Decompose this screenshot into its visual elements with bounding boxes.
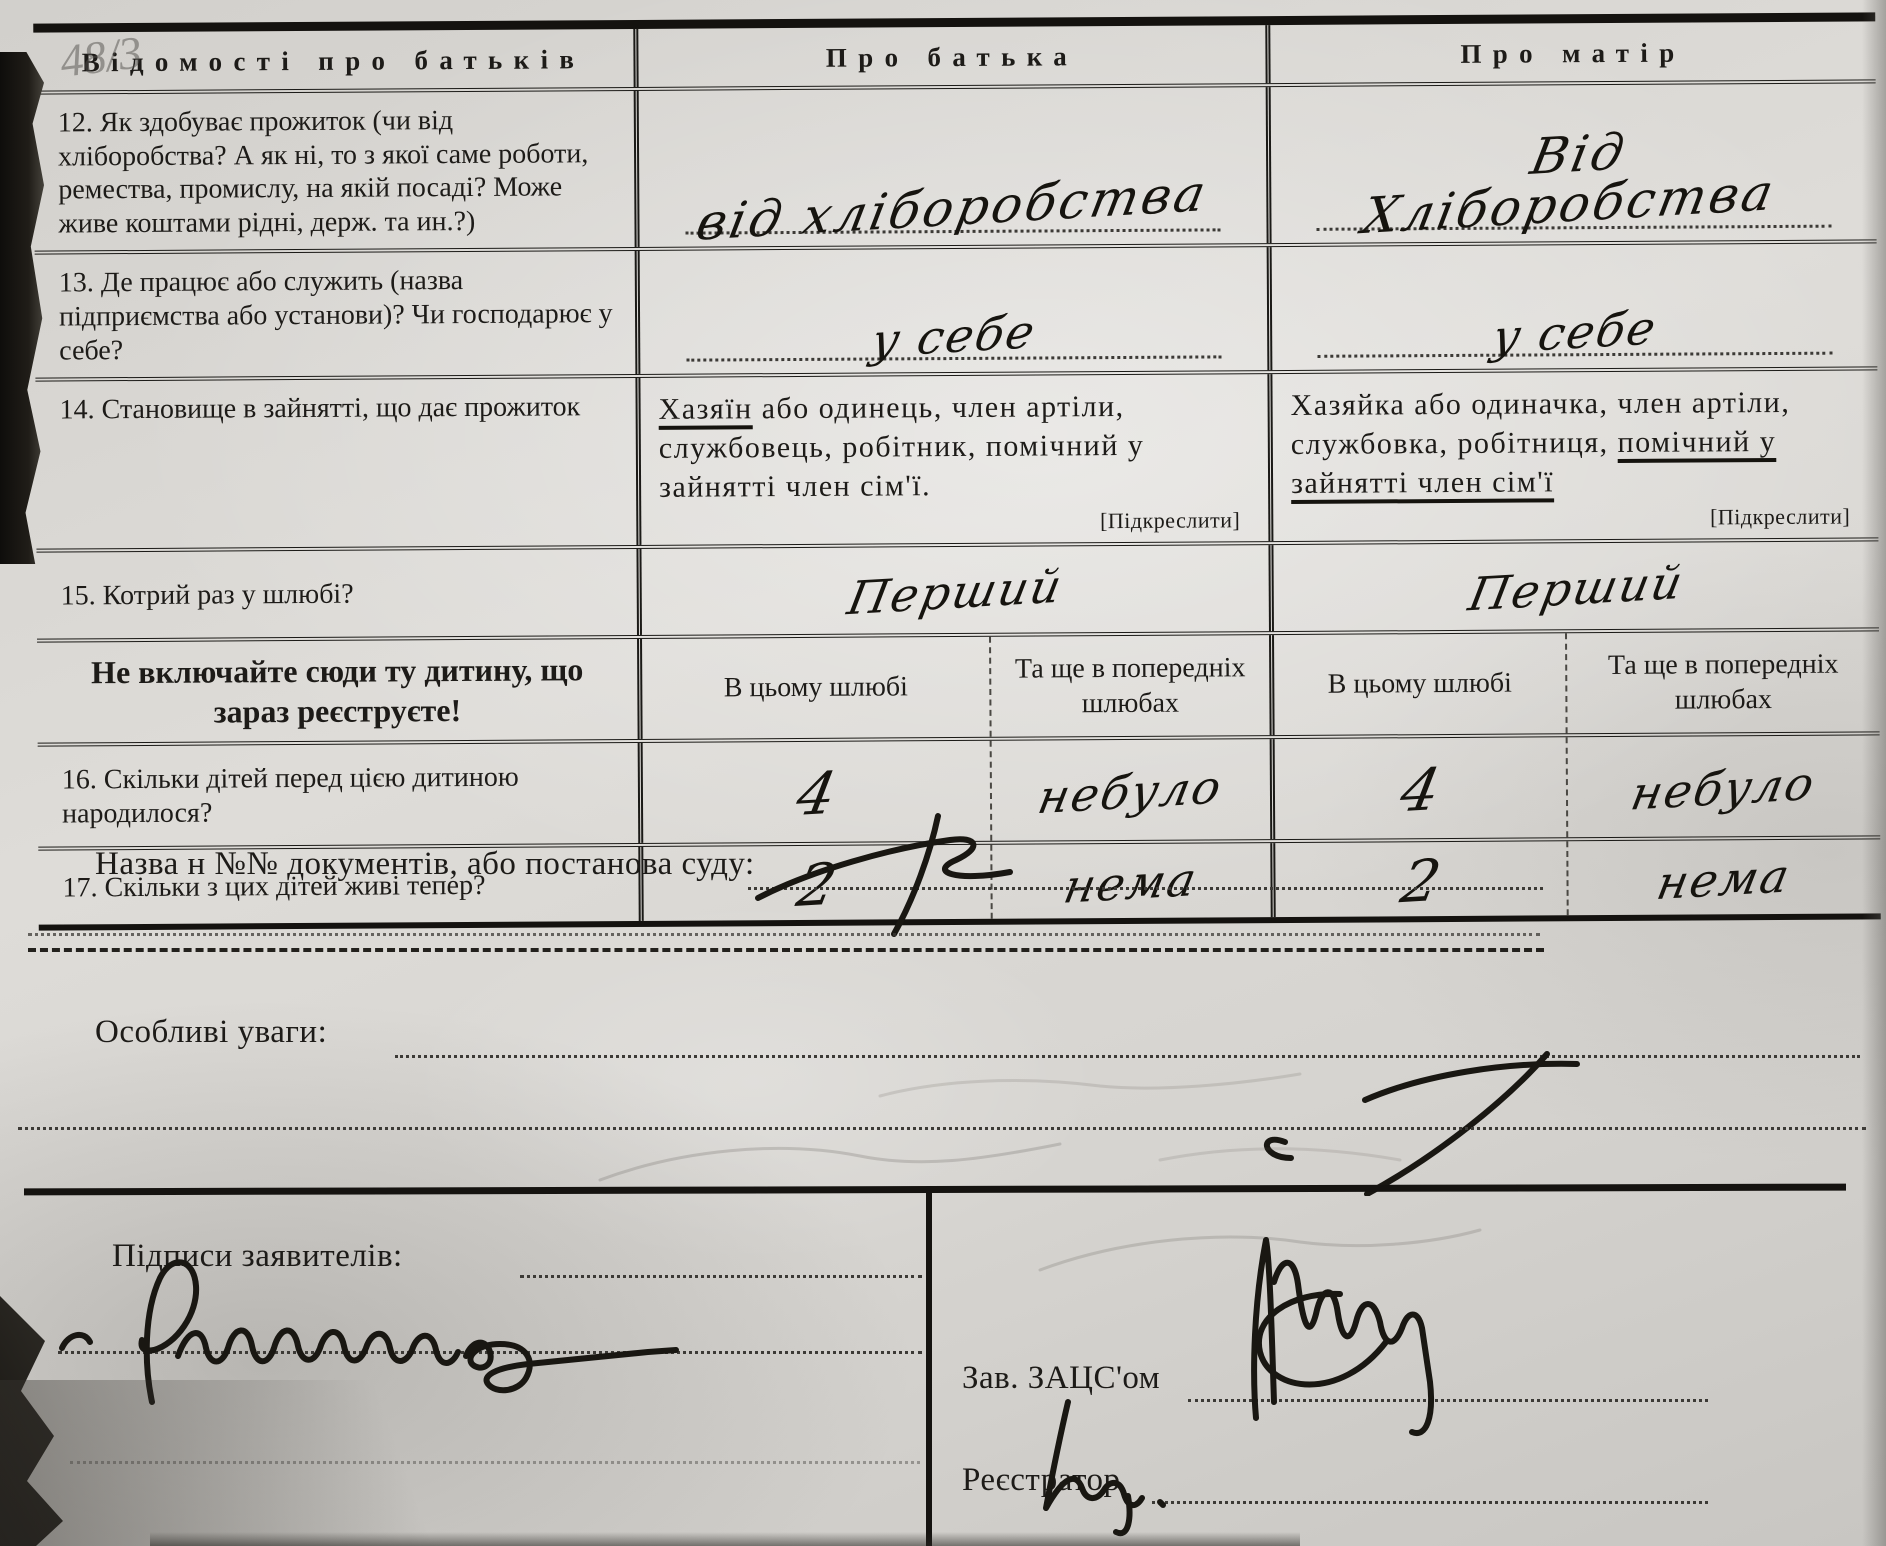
dotted-answer-line: від хліборобства	[685, 182, 1221, 235]
underlined-option: Хазяїн	[659, 392, 753, 426]
table-header-row: Відомості про батьків Про батька Про мат…	[33, 21, 1875, 90]
row-q13: 13. Де працює або служить (назва підприє…	[35, 240, 1878, 378]
handwritten-answer: Від Хліборобства	[1303, 115, 1844, 245]
answer-12-mother: Від Хліборобства	[1266, 83, 1877, 243]
row-children-subheader: Не включайте сюди ту дитину, що зараз ре…	[37, 627, 1880, 742]
occupation-options-mother: Хазяйка або одиначка, член артіли, служб…	[1267, 371, 1878, 541]
dotted-answer-line: Від Хліборобства	[1316, 128, 1832, 231]
handwritten-answer: нема	[1654, 852, 1795, 906]
question-14: 14. Становище в зайнятті, що дає прожито…	[35, 378, 636, 548]
handwritten-answer: Перший	[1465, 559, 1688, 617]
question-12: 12. Як здобуває прожиток (чи від хліборо…	[34, 91, 635, 251]
row-q12: 12. Як здобуває прожиток (чи від хліборо…	[34, 79, 1877, 251]
question-13: 13. Де працює або служить (назва підприє…	[35, 251, 636, 377]
dotted-answer-line: у себе	[1317, 308, 1833, 358]
registrar-signature	[1032, 1384, 1222, 1542]
header-mother-col: Про матір	[1265, 21, 1875, 83]
subcol-mother-prev-marriages: Та ще в попередніх шлюбах	[1565, 631, 1880, 733]
bottom-edge-shadow	[150, 1532, 1300, 1546]
underline-hint: [Підкреслити]	[659, 506, 1254, 538]
header-father-col: Про батька	[633, 25, 1265, 87]
answer-16-mother-this: 4	[1270, 737, 1567, 839]
registrar-dotted-line	[1152, 1464, 1708, 1504]
zags-head-signature	[1190, 1222, 1530, 1452]
dotted-answer-line: у себе	[686, 312, 1222, 362]
question-16: 16. Скільки дітей перед цією дитиною нар…	[38, 743, 639, 847]
pencil-note: 48/3	[57, 25, 145, 88]
subcol-father-this-marriage: В цьому шлюбі	[637, 637, 990, 739]
handwritten-answer: у себе	[868, 308, 1040, 363]
answer-13-father: у себе	[635, 247, 1268, 374]
answer-16-mother-prev: небуло	[1566, 735, 1881, 837]
subcol-father-prev-marriages: Та ще в попередніх шлюбах	[989, 635, 1270, 737]
answer-13-mother: у себе	[1267, 244, 1878, 371]
handwritten-answer: у себе	[1489, 305, 1661, 360]
answer-17-mother-prev: нема	[1566, 839, 1880, 915]
special-notes-label: Особливі уваги:	[95, 1014, 327, 1051]
documents-label: Назва н №№ документів, або постанова суд…	[95, 846, 755, 883]
row-q15: 15. Котрий раз у шлюбі? Перший Перший	[36, 537, 1879, 638]
handwritten-answer: небуло	[1035, 763, 1227, 820]
parents-info-table: Відомості про батьків Про батька Про мат…	[33, 12, 1881, 930]
row-q14: 14. Становище в зайнятті, що дає прожито…	[35, 367, 1878, 549]
handwritten-answer: від хліборобства	[693, 169, 1213, 248]
underline-hint: [Підкреслити]	[1291, 503, 1864, 535]
bottom-left-shadow	[0, 1380, 560, 1546]
subcol-mother-this-marriage: В цьому шлюбі	[1269, 633, 1566, 735]
occupation-options-father: Хазяїн або одинець, член артіли, службов…	[635, 374, 1268, 544]
dashed-rule	[28, 908, 1544, 952]
vertical-divider	[926, 1193, 932, 1546]
handwritten-answer: небуло	[1628, 760, 1820, 817]
answer-15-father: Перший	[636, 545, 1269, 635]
question-15: 15. Котрий раз у шлюбі?	[36, 549, 637, 639]
answer-12-father: від хліборобства	[634, 87, 1267, 247]
handwritten-answer: Перший	[844, 563, 1067, 621]
handwritten-answer: 4	[1396, 760, 1444, 820]
scanned-registry-form: Відомості про батьків Про батька Про мат…	[0, 0, 1886, 1546]
children-note: Не включайте сюди ту дитину, що зараз ре…	[37, 639, 638, 743]
answer-15-mother: Перший	[1268, 541, 1879, 631]
right-edge-shadow	[1862, 0, 1886, 1546]
